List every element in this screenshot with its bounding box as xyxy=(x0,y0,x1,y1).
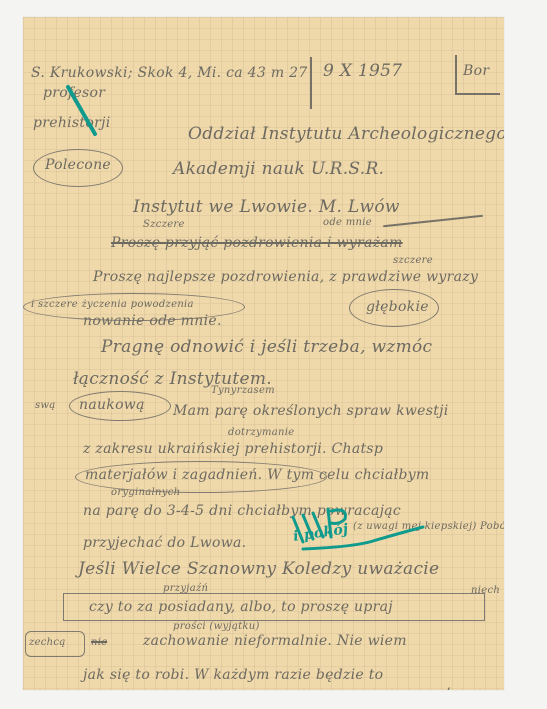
struck-line: Proszę przyjąć pozdrowienia i wyrażam xyxy=(111,235,403,251)
letter-date: 9 X 1957 xyxy=(323,61,402,81)
scanned-document: S. Krukowski; Skok 4, Mi. ca 43 m 27 9 X… xyxy=(0,0,547,709)
paper-sheet: S. Krukowski; Skok 4, Mi. ca 43 m 27 9 X… xyxy=(23,17,504,690)
text-line: Mam parę określonych spraw kwestji xyxy=(173,403,449,419)
margin-note: zechcą xyxy=(29,637,66,648)
corner-bracket xyxy=(455,55,457,93)
above-note: Tynyrzasem xyxy=(211,385,275,396)
closing-mark: /. xyxy=(443,685,455,690)
margin-note: naukową xyxy=(79,397,145,413)
text-line: i szczere życzenia powodzenia xyxy=(31,299,194,310)
teal-check-icon xyxy=(63,82,103,142)
margin-note: niech xyxy=(471,585,500,596)
recipient-line-1: Oddział Instytutu Archeologicznego xyxy=(188,124,504,144)
struck-word: nic xyxy=(91,637,107,648)
teal-scribble-icon xyxy=(273,497,433,557)
below-note: oryginalnych xyxy=(111,487,180,498)
above-note: szczere xyxy=(393,255,433,266)
above-note: prości (wyjątku) xyxy=(173,621,260,632)
text-line: jak się to robi. W każdym razie będzie t… xyxy=(83,667,383,683)
text-line: Jeśli Wielce Szanowny Koledzy uważacie xyxy=(78,559,439,579)
text-line: Proszę najlepsze pozdrowienia, z prawdzi… xyxy=(93,269,478,285)
recipient-line-2: Akademji nauk U.R.S.R. xyxy=(173,159,384,179)
above-note: Szczere xyxy=(143,219,185,230)
corner-bracket-base xyxy=(455,93,500,95)
margin-note: swą xyxy=(35,400,56,411)
corner-mark: Bor xyxy=(463,63,489,79)
divider-mark xyxy=(310,57,312,109)
registered-label: Polecone xyxy=(45,157,111,173)
margin-note: głębokie xyxy=(366,299,429,315)
text-line: zachowanie nieformalnie. Nie wiem xyxy=(143,633,407,649)
text-line: Pragnę odnowić i jeśli trzeba, wzmóc xyxy=(101,337,432,357)
text-line: nowanie ode mnie. xyxy=(83,313,222,329)
sender-address: S. Krukowski; Skok 4, Mi. ca 43 m 27 xyxy=(31,65,308,81)
text-line: materjałów i zagadnień. W tym celu chcia… xyxy=(85,467,430,483)
recipient-line-3: Instytut we Lwowie. M. Lwów xyxy=(133,197,400,217)
above-note: ode mnie xyxy=(323,217,372,228)
text-line: czy to za posiadany, albo, to proszę upr… xyxy=(89,599,393,615)
text-line: z zakresu ukraińskiej prehistorji. Chats… xyxy=(83,441,383,457)
text-line: przyjechać do Lwowa. xyxy=(83,535,246,551)
above-note: dotrzymanie xyxy=(228,427,294,438)
